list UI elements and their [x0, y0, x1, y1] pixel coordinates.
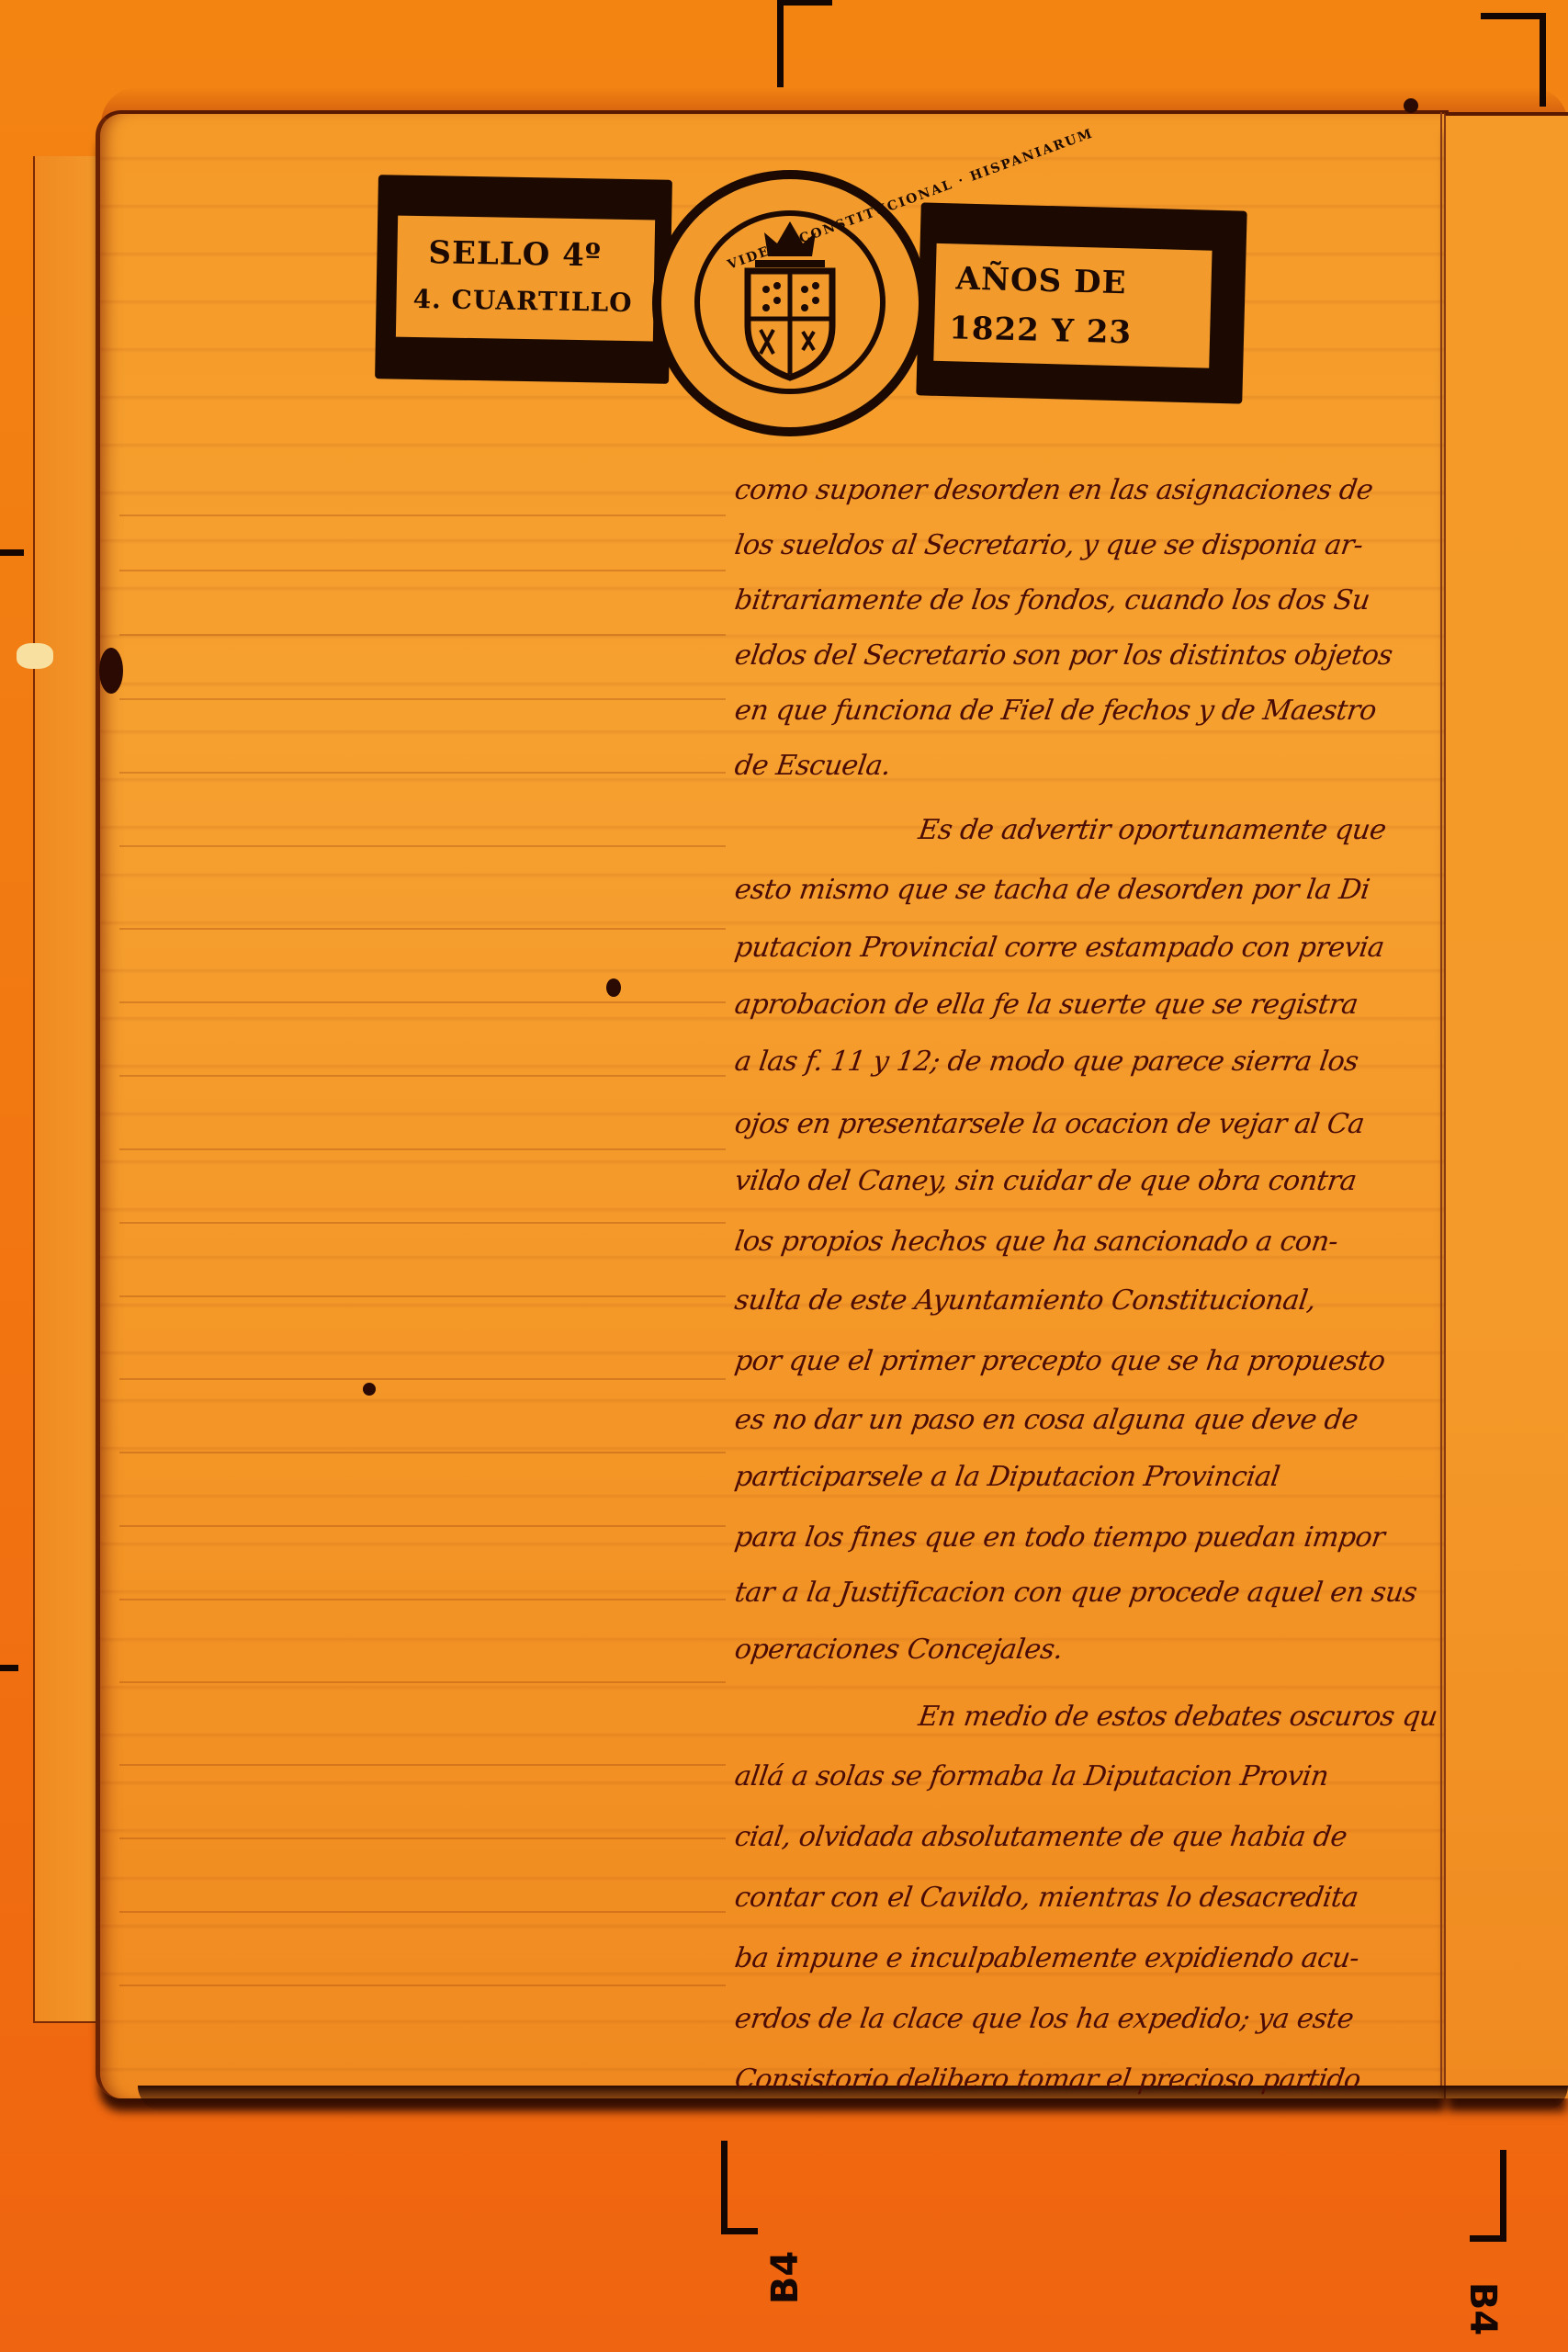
manuscript-line: cial, olvidada absolutamente de que habi… — [731, 1811, 1441, 1864]
crop-mark-top-right-arm — [1481, 13, 1545, 19]
bleed-through-line — [119, 1764, 726, 1766]
manuscript-line: erdos de la clace que los ha expedido; y… — [731, 1993, 1441, 2046]
bleed-through-line — [119, 1681, 726, 1683]
manuscript-line: allá a solas se formaba la Diputacion Pr… — [731, 1750, 1441, 1804]
bleed-through-line — [119, 1295, 726, 1297]
manuscript-line: aprobacion de ella fe la suerte que se r… — [731, 978, 1441, 1032]
manuscript-line: bitrariamente de los fondos, cuando los … — [731, 574, 1441, 628]
stamp-years: 1822 Y 23 — [949, 310, 1133, 351]
manuscript-line: vildo del Caney, sin cuidar de que obra … — [731, 1155, 1441, 1208]
bleed-through-line — [119, 772, 726, 774]
manuscript-line: eldos del Secretario son por los distint… — [731, 629, 1441, 683]
stamp-seal: VIDEO · CONSTITUCIONAL · HISPANIARUM — [652, 170, 928, 436]
crop-mark-bottom-right — [1500, 2150, 1506, 2242]
crop-mark-bottom-left — [721, 2141, 728, 2234]
manuscript-line: para los fines que en todo tiempo puedan… — [731, 1511, 1441, 1565]
bleed-through-line — [119, 514, 726, 516]
manuscript-line: contar con el Cavildo, mientras lo desac… — [731, 1871, 1441, 1925]
ink-blot — [606, 978, 621, 997]
crop-mark-bottom-left-arm — [721, 2228, 758, 2234]
paper-tear — [17, 643, 53, 669]
bleed-through-line — [119, 1525, 726, 1527]
ink-blot — [363, 1383, 376, 1396]
manuscript-line: los propios hechos que ha sancionado a c… — [731, 1216, 1441, 1269]
bleed-through-line — [119, 928, 726, 930]
plate-label-right: B4 — [1461, 2282, 1504, 2335]
bleed-through-line — [119, 845, 726, 847]
crop-mark-left — [0, 549, 24, 556]
bleed-through-line — [119, 1984, 726, 1986]
bleed-through-line — [119, 1452, 726, 1453]
manuscript-line: ba impune e inculpablemente expidiendo a… — [731, 1932, 1441, 1985]
crop-mark-top-left-arm — [777, 0, 832, 6]
manuscript-line: por que el primer precepto que se ha pro… — [731, 1335, 1441, 1388]
stamp-right-panel: AÑOS DE 1822 Y 23 — [916, 202, 1247, 403]
manuscript-line: operaciones Concejales. — [731, 1623, 1441, 1677]
stamp-seal-class: SELLO 4º — [428, 234, 602, 274]
crop-mark-top-left — [777, 0, 784, 87]
manuscript-line: es no dar un paso en cosa alguna que dev… — [731, 1394, 1441, 1447]
manuscript-line: En medio de estos debates oscuros que — [731, 1690, 1441, 1744]
crop-mark-bottom-right-arm — [1470, 2235, 1506, 2242]
manuscript-line: como suponer desorden en las asignacione… — [731, 464, 1441, 517]
manuscript-line: putacion Provincial corre estampado con … — [731, 922, 1441, 975]
manuscript-line: tar a la Justificacion con que procede a… — [731, 1566, 1441, 1620]
bleed-through-line — [119, 1075, 726, 1077]
stamp-left-panel: SELLO 4º 4. CUARTILLO — [375, 175, 672, 384]
bleed-through-line — [119, 698, 726, 700]
adjacent-page — [1444, 112, 1568, 2098]
stamp-denomination: 4. CUARTILLO — [412, 284, 633, 318]
manuscript-line: ojos en presentarsele la ocacion de veja… — [731, 1098, 1441, 1151]
bleed-through-line — [119, 1599, 726, 1600]
bleed-through-line — [119, 634, 726, 636]
ink-blot — [1404, 98, 1418, 113]
bleed-through-line — [119, 1222, 726, 1224]
manuscript-line: sulta de este Ayuntamiento Constituciona… — [731, 1274, 1441, 1328]
manuscript-line: participarsele a la Diputacion Provincia… — [731, 1451, 1441, 1504]
ink-blot — [99, 648, 123, 694]
manuscript-line: Es de advertir oportunamente que — [731, 804, 1441, 857]
manuscript-line: en que funciona de Fiel de fechos y de M… — [731, 684, 1441, 738]
tax-stamp: SELLO 4º 4. CUARTILLO AÑOS DE 1822 Y 23 … — [377, 170, 1249, 436]
crop-mark-top-right — [1540, 13, 1546, 107]
stamp-years-label: AÑOS DE — [955, 260, 1127, 301]
bleed-through-line — [119, 570, 726, 571]
bleed-through-line — [119, 1148, 726, 1150]
bleed-through-line — [119, 1001, 726, 1003]
manuscript-line: a las f. 11 y 12; de modo que parece sie… — [731, 1035, 1441, 1089]
manuscript-line: esto mismo que se tacha de desorden por … — [731, 864, 1441, 917]
bleed-through-line — [119, 1911, 726, 1913]
plate-label-left: B4 — [764, 2251, 807, 2304]
bleed-through-line — [119, 1837, 726, 1839]
manuscript-line: Consistorio delibero tomar el precioso p… — [731, 2053, 1441, 2107]
manuscript-line: de Escuela. — [731, 740, 1441, 793]
manuscript-line: los sueldos al Secretario, y que se disp… — [731, 519, 1441, 572]
crop-mark-left-lower — [0, 1665, 18, 1671]
bleed-through-line — [119, 1378, 726, 1380]
